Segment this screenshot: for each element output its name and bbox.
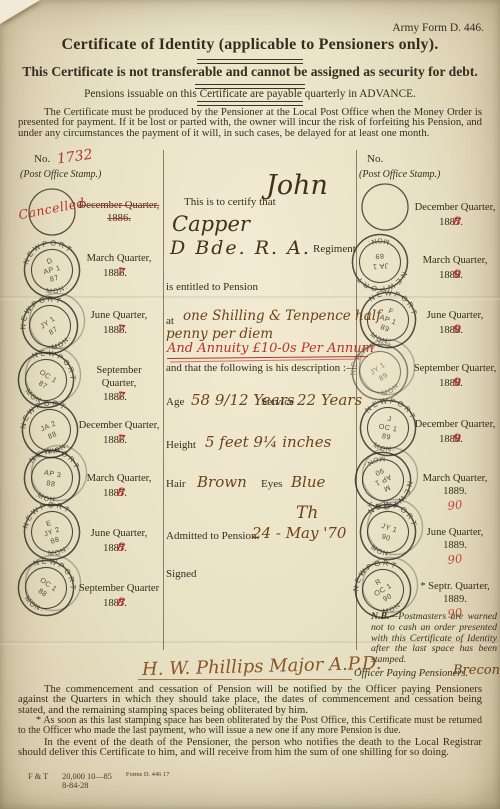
signed-label: Signed <box>166 568 197 580</box>
svg-text:JA 1: JA 1 <box>372 261 389 271</box>
nb-text: —Postmasters are warned not to cash an o… <box>371 611 497 665</box>
regiment-label: Regiment <box>313 243 356 255</box>
print-code-run: 20,000 10—85 8-84-28 <box>62 772 112 790</box>
signature-rule <box>138 679 352 680</box>
footer-para-2: * As soon as this last stamping space ha… <box>18 716 482 736</box>
print-form-sub: 17 <box>163 771 169 778</box>
pension-rate-line1: one Shilling & Tenpence half <box>183 308 381 324</box>
certify-label: This is to certify that <box>184 196 276 208</box>
entitled-label: is entitled to Pension <box>166 281 258 293</box>
certificate-document: Army Form D. 446. Certificate of Identit… <box>0 0 500 809</box>
service-label: Service <box>261 396 294 408</box>
print-code-ft: F & T <box>28 772 48 781</box>
admitted-label: Admitted to Pension. <box>166 530 259 542</box>
pensioner-surname: Capper <box>172 212 250 236</box>
print-codes: F & T 20,000 10—85 8-84-28 Forms D. 446 … <box>28 772 169 790</box>
officer-label: Officer Paying Pensioners. <box>354 668 468 679</box>
age-label: Age <box>166 396 184 408</box>
quarter-label: March Quarter, <box>412 473 498 486</box>
height-value: 5 feet 9¼ inches <box>205 433 331 451</box>
print-code-qty: 20,000 10—85 <box>62 772 112 781</box>
print-form-box: Forms D. 446 17 <box>126 772 169 779</box>
pensioner-first-name: John <box>266 170 328 201</box>
print-form-no: D. 446 <box>144 771 161 778</box>
footer-para-3: In the event of the death of the Pension… <box>18 737 482 758</box>
eyes-value: Blue <box>291 473 325 491</box>
print-form-label: Forms <box>126 771 142 778</box>
quarter-cell-right-4: September Quarter,1888.9 <box>412 363 498 390</box>
pension-rate-line2: penny per diem <box>166 326 273 342</box>
admitted-flourish: Th <box>296 503 318 523</box>
year-correction-red: 9 <box>452 267 462 280</box>
eyes-label: Eyes <box>261 478 282 490</box>
description-label: and that the following is his descriptio… <box>166 362 357 374</box>
quarter-cell-right-2: March Quarter,1888.9 <box>412 255 498 282</box>
year-correction-red: 9 <box>452 322 462 335</box>
signature-place: Brecon <box>453 663 500 678</box>
year-correction-red: 9 <box>452 375 462 388</box>
quarter-label: September Quarter, <box>412 363 498 376</box>
print-code-date: 8-84-28 <box>62 781 88 790</box>
year-correction-red: 9 <box>452 431 462 444</box>
height-label: Height <box>166 439 196 451</box>
footer-para-1: The commencement and cessation of Pensio… <box>18 684 482 715</box>
hair-value: Brown <box>197 473 247 491</box>
nb-warning: N.B.—Postmasters are warned not to cash … <box>371 612 497 666</box>
nb-prefix: N.B. <box>371 611 390 622</box>
service-value: 22 Years <box>297 391 362 409</box>
year-correction-red: 8 <box>452 214 462 227</box>
quarter-label: March Quarter, <box>412 255 498 268</box>
svg-text:89: 89 <box>375 252 385 262</box>
quarter-label: * Septr. Quarter, <box>412 581 498 594</box>
svg-text:90: 90 <box>381 532 392 543</box>
admitted-value: 24 - May '70 <box>252 524 346 542</box>
hair-label: Hair <box>166 478 186 490</box>
pensioner-unit: D Bde. R. A. <box>170 237 311 259</box>
